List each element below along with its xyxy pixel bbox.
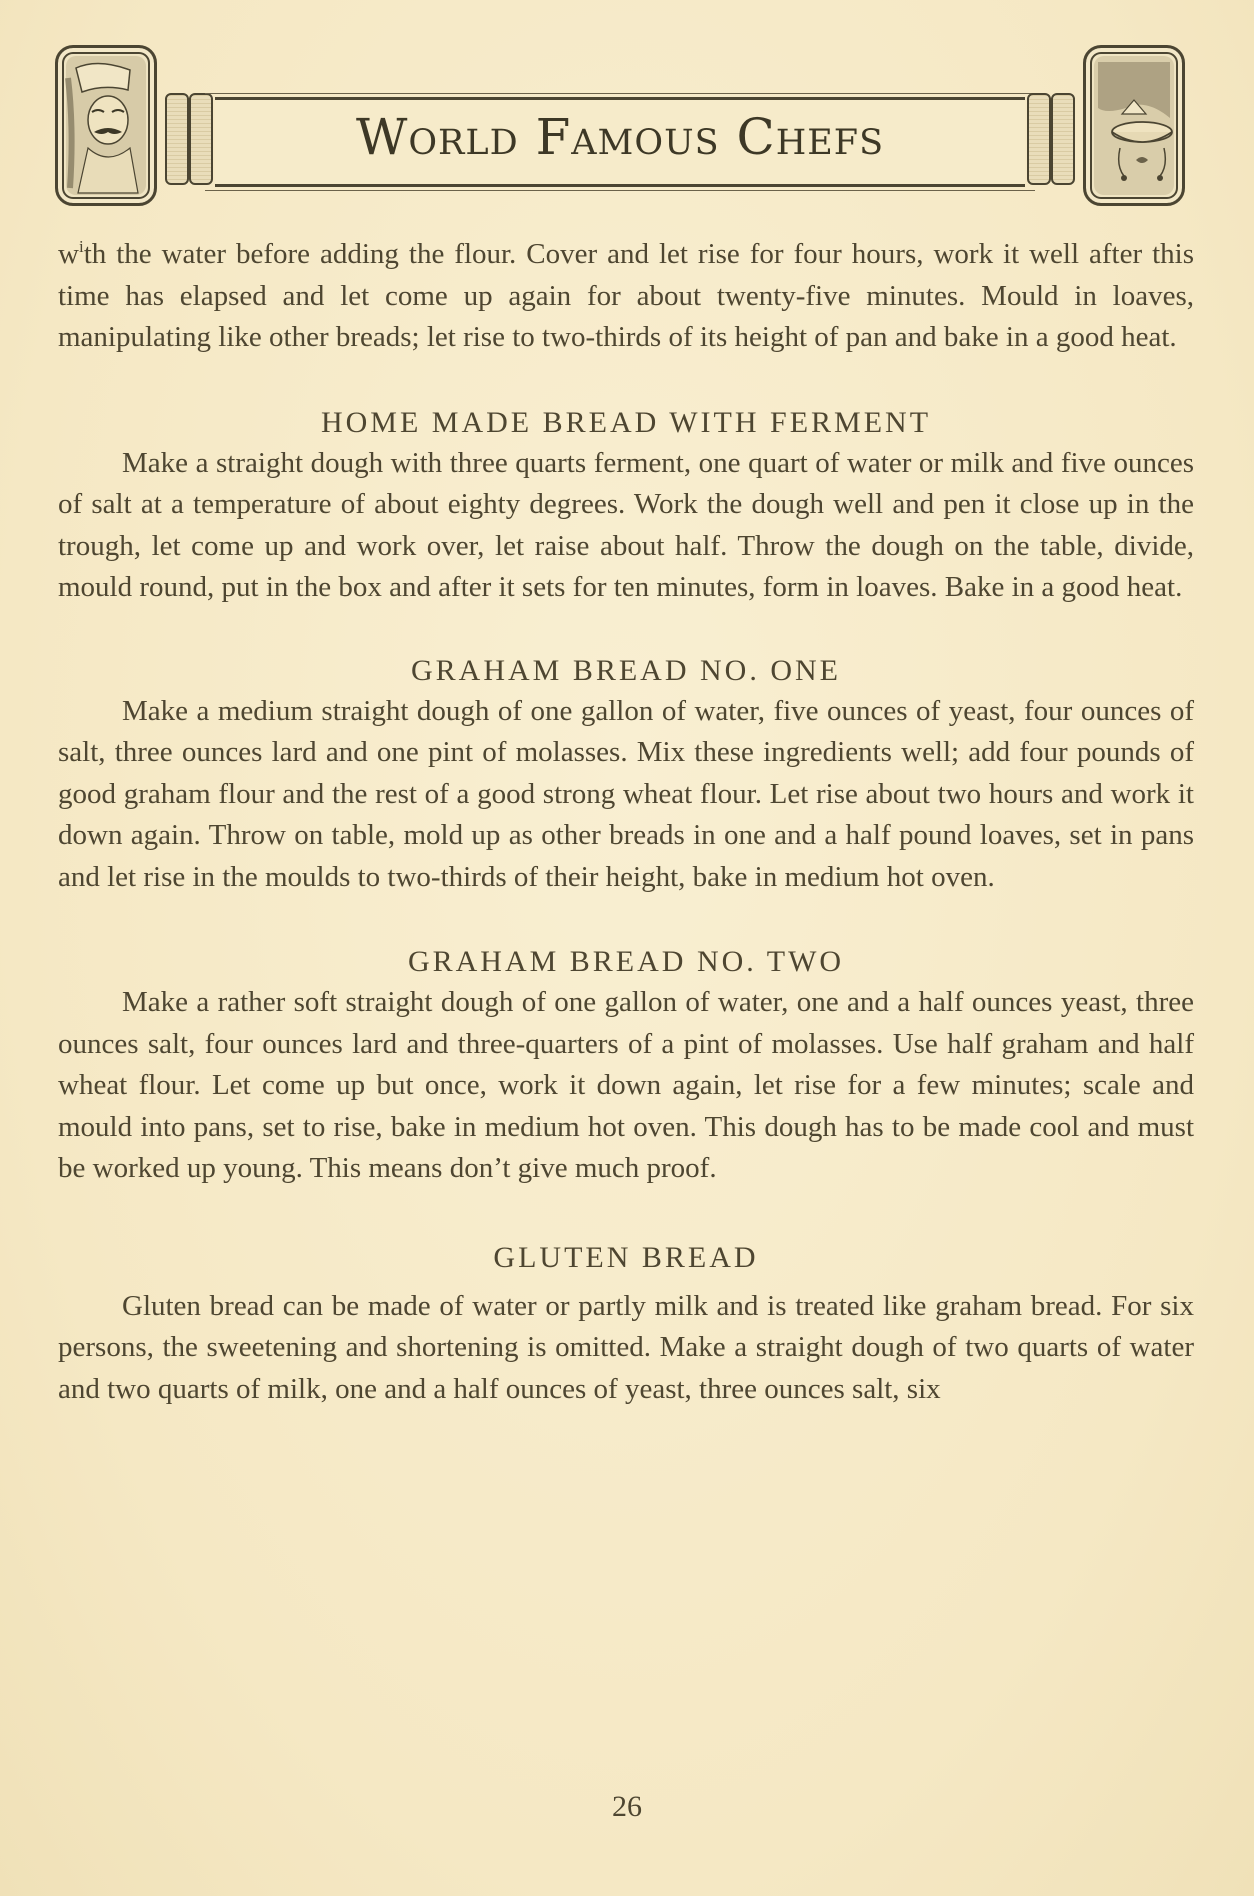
section-heading-graham-bread-two: GRAHAM BREAD NO. TWO (58, 942, 1194, 982)
scroll-roll-left (165, 93, 189, 185)
page-number: 26 (0, 1790, 1254, 1824)
section-text-graham-bread-one: Make a medium straight dough of one gall… (58, 691, 1194, 899)
section-heading-home-made-bread: HOME MADE BREAD WITH FERMENT (58, 403, 1194, 443)
scroll-roll-right (1051, 93, 1075, 185)
section-heading-gluten-bread: GLUTEN BREAD (58, 1238, 1194, 1278)
page-title: World Famous Chefs (215, 108, 1025, 166)
section-text-gluten-bread: Gluten bread can be made of water or par… (58, 1286, 1194, 1411)
scroll-roll-left-inner (189, 93, 213, 185)
page-header-banner: World Famous Chefs (55, 45, 1185, 205)
section-heading-graham-bread-one: GRAHAM BREAD NO. ONE (58, 651, 1194, 691)
section-text-graham-bread-two: Make a rather soft straight dough of one… (58, 982, 1194, 1190)
page-body: with the water before adding the flour. … (58, 226, 1194, 1410)
intro-paragraph: with the water before adding the flour. … (58, 226, 1194, 359)
intro-text: th the water before adding the flour. Co… (58, 238, 1194, 353)
section-text-home-made-bread: Make a straight dough with three quarts … (58, 443, 1194, 609)
chafing-dish-icon (1083, 45, 1185, 206)
intro-lead-letter: w (58, 238, 79, 270)
title-banner: World Famous Chefs (215, 97, 1025, 187)
chef-portrait-icon (55, 45, 157, 206)
scroll-roll-right-inner (1027, 93, 1051, 185)
